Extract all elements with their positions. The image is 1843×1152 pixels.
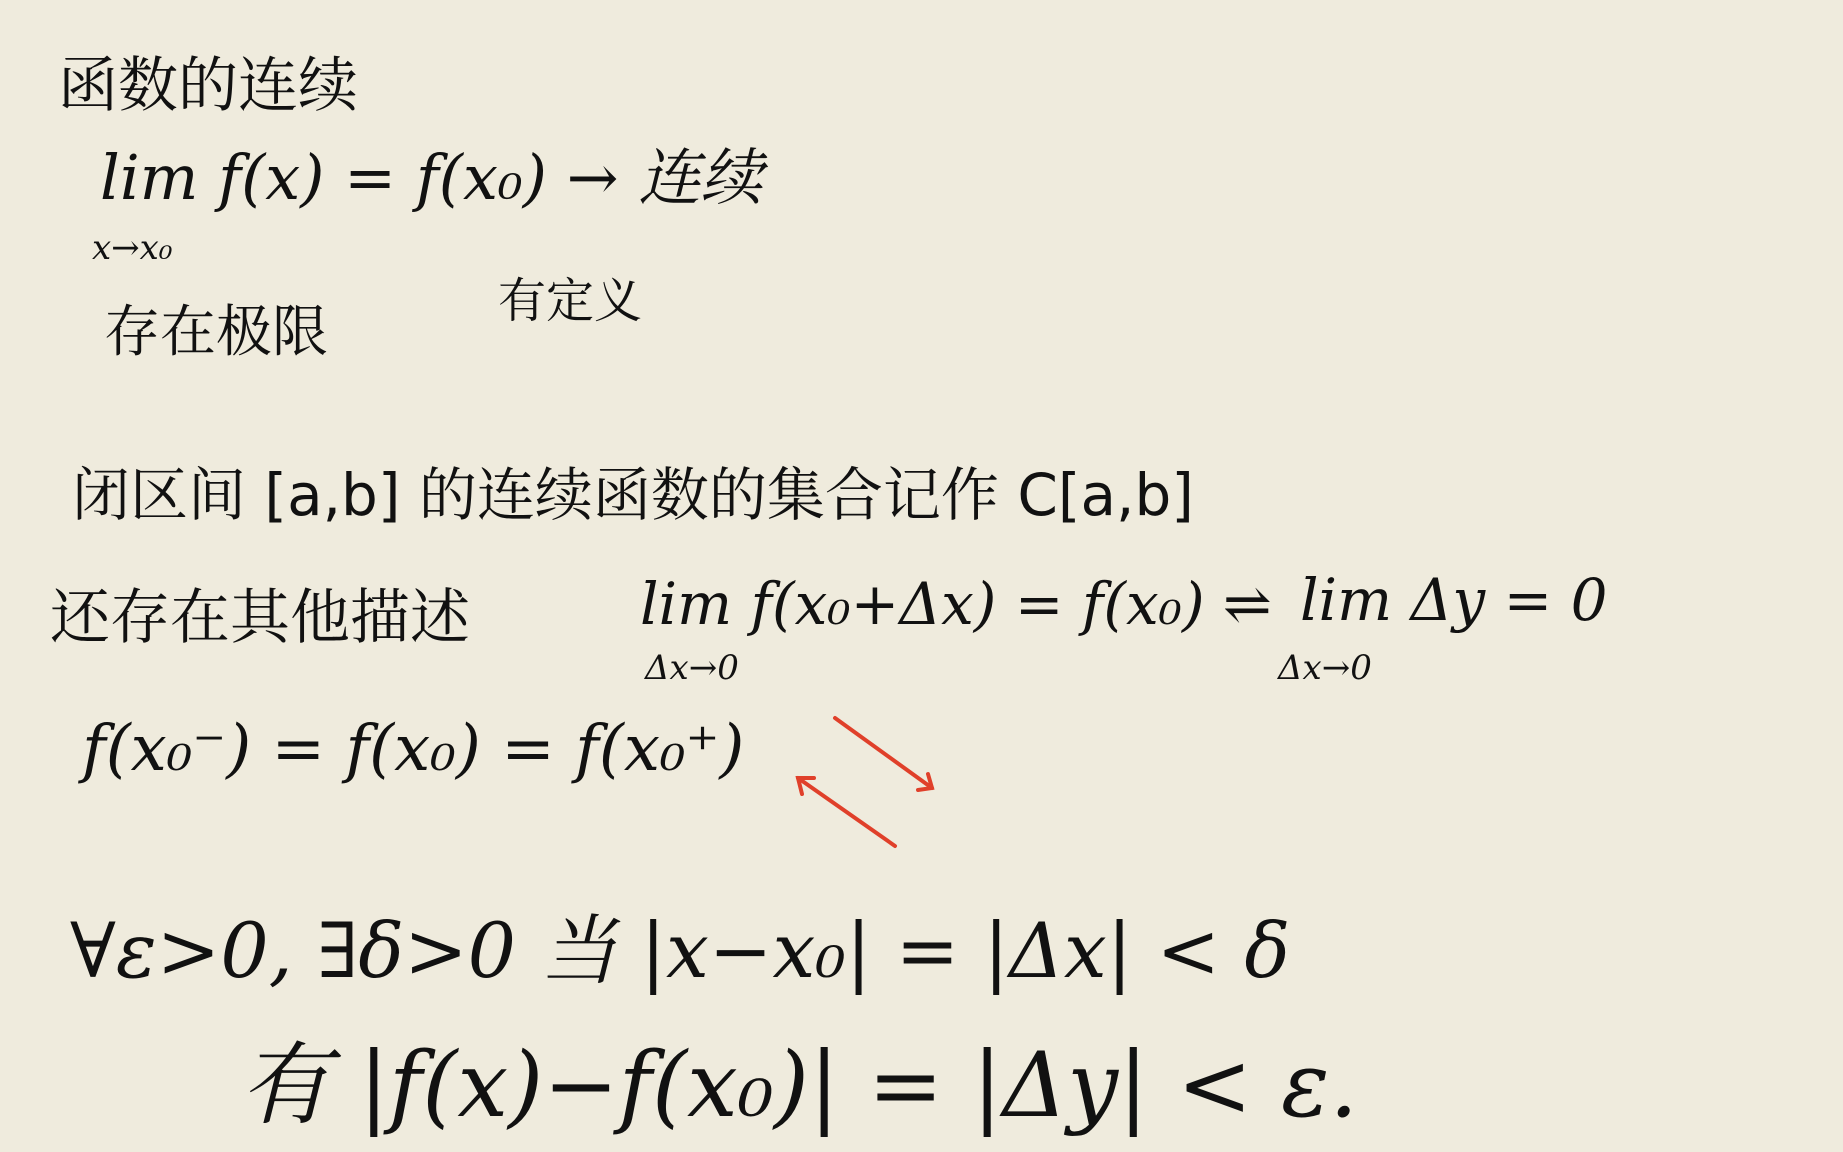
epsilon-delta-line-2: 有 |f(x)−f(x₀)| = |Δy| < ε.: [240, 1012, 1358, 1142]
delta-y-limit-formula: lim Δy = 0: [1300, 566, 1608, 634]
continuity-definition-formula: lim f(x) = f(x₀) → 连续: [100, 128, 762, 217]
other-descriptions-label: 还存在其他描述: [50, 570, 470, 656]
formula-left: lim f(x₀+Δx) = f(x₀): [640, 570, 1205, 638]
limit-subscript: x→x₀: [92, 228, 172, 268]
increment-limit-formula: lim f(x₀+Δx) = f(x₀) ⇌: [640, 570, 1272, 638]
page-title: 函数的连续: [58, 38, 358, 124]
one-sided-limits-formula: f(x₀⁻) = f(x₀) = f(x₀⁺): [82, 712, 744, 786]
double-arrow-icon: [780, 700, 960, 850]
note-limit-exists: 存在极限: [104, 288, 328, 368]
left-limit-subscript: Δx→0: [645, 648, 739, 688]
right-limit-subscript: Δx→0: [1278, 648, 1372, 688]
note-defined: 有定义: [498, 262, 642, 331]
closed-interval-notation: 闭区间 [a,b] 的连续函数的集合记作 C[a,b]: [72, 448, 1194, 532]
equivalence-symbol: ⇌: [1223, 570, 1272, 638]
epsilon-delta-line-1: ∀ε>0, ∃δ>0 当 |x−x₀| = |Δx| < δ: [70, 890, 1290, 999]
